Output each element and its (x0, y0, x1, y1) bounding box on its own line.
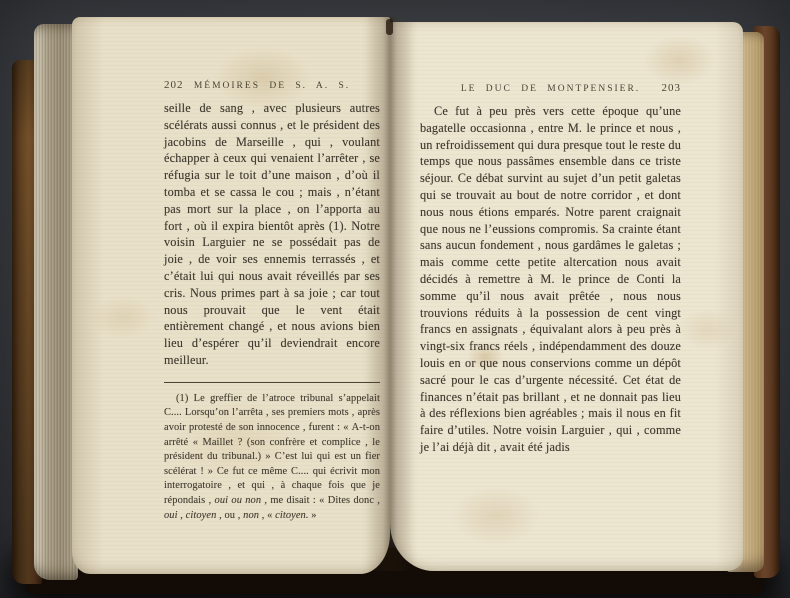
left-body-text: seille de sang , avec plusieurs autres s… (164, 100, 380, 369)
right-body-text: Ce fut à peu près vers cette époque qu’u… (420, 103, 681, 456)
left-page-number: 202 (164, 79, 194, 91)
book-photo: 202 MÉMOIRES DE S. A. S. seille de sang … (0, 0, 790, 598)
footnote-segment-italic: citoyen. (275, 510, 308, 521)
footnote-segment-italic: oui (164, 510, 178, 521)
right-text-column: LE DUC DE MONTPENSIER. 203 Ce fut à peu … (420, 82, 681, 456)
right-page-number: 203 (647, 82, 681, 94)
left-text-column: 202 MÉMOIRES DE S. A. S. seille de sang … (164, 79, 380, 523)
footnote-segment-italic: oui ou non (215, 495, 262, 506)
right-page: LE DUC DE MONTPENSIER. 203 Ce fut à peu … (390, 22, 743, 571)
left-running-title: MÉMOIRES DE S. A. S. (194, 81, 350, 91)
footnote-segment: , « (259, 510, 275, 521)
gutter-top-slit (386, 19, 393, 35)
footnote-segment-italic: non (243, 510, 259, 521)
footnote-rule (164, 382, 380, 383)
footnote-segment-italic: citoyen (186, 510, 217, 521)
left-running-header: 202 MÉMOIRES DE S. A. S. (164, 79, 380, 91)
footnote-segment: (1) Le greffier de l’atroce tribunal s’a… (164, 393, 380, 506)
footnote-segment: , (178, 510, 186, 521)
right-running-title: LE DUC DE MONTPENSIER. (454, 84, 647, 94)
right-running-header: LE DUC DE MONTPENSIER. 203 (420, 82, 681, 94)
footnote-segment: , ou , (216, 510, 243, 521)
footnote-segment: , me disait : « Dites donc , (261, 495, 380, 506)
footnote: (1) Le greffier de l’atroce tribunal s’a… (164, 392, 380, 523)
left-page: 202 MÉMOIRES DE S. A. S. seille de sang … (72, 17, 390, 574)
footnote-segment: » (309, 510, 317, 521)
